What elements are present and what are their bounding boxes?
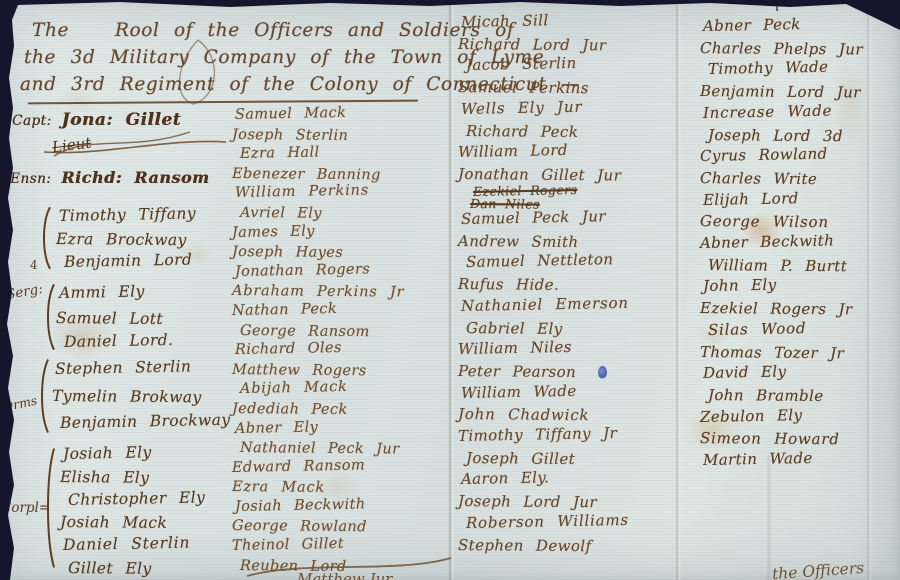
soldier-name: Timothy Tiffany Jr: [458, 423, 629, 448]
soldier-name: Edward Ransom: [232, 455, 405, 478]
soldier-name: Christopher Ely: [68, 486, 206, 511]
soldier-name: Benjamin Lord: [64, 248, 196, 274]
soldier-name: Jonathan Rogers: [235, 260, 405, 283]
soldier-name: Benjamin Brockway: [60, 407, 231, 437]
soldier-name: Josiah Beckwith: [235, 495, 405, 518]
soldier-name: Nathan Peck: [232, 299, 405, 322]
soldier-name: Roberson Williams: [466, 510, 629, 535]
soldier-name: Silas Wood: [708, 317, 863, 342]
paper-sheet: TheRool of the Officers and Soldiers of …: [0, 0, 900, 580]
soldier-name: David Ely: [703, 360, 863, 385]
corporal-group: Josiah ElyElisha ElyChristopher ElyJosia…: [60, 443, 205, 580]
title-word-the: The: [32, 20, 69, 41]
fold-crease: [766, 455, 772, 580]
soldier-name: Elijah Lord: [703, 187, 863, 212]
sergeant-group-2: Ammi ElySamuel LottDaniel Lord.: [56, 281, 173, 355]
soldier-name: Increase Wade: [703, 100, 863, 125]
soldier-name: Abner Beckwith: [700, 230, 863, 255]
drummer-group: Stephen SterlinTymelin BrokwayBenjamin B…: [52, 356, 230, 437]
soldier-name: John Ely: [703, 273, 863, 298]
soldier-name: James Ely: [232, 220, 405, 243]
soldier-name: Abner Peck: [703, 13, 863, 38]
soldier-name: William Lord: [458, 139, 622, 164]
soldier-name: Timothy Tiffany: [59, 202, 196, 228]
ensign-rank-label: Ensn:: [10, 171, 51, 187]
soldier-name: Cyrus Rowland: [700, 143, 863, 168]
soldier-name: Abner Ely: [235, 416, 405, 439]
soldier-name: Samuel Peck Jur: [461, 206, 629, 231]
pen-swash: [245, 556, 455, 578]
corporal-label: Corpl=: [1, 500, 50, 516]
soldier-name: Gillet Ely: [68, 557, 205, 580]
soldier-name: Daniel Lord.: [64, 328, 174, 355]
soldier-name: Ammi Ely: [59, 279, 174, 306]
ensign-name: Richd: Ransom: [61, 168, 209, 187]
name-column-2: Samuel MackJoseph SterlinEzra HallEbenez…: [232, 106, 404, 576]
soldier-name: Zebulon Ely: [700, 404, 863, 429]
manuscript-scan: TheRool of the Officers and Soldiers of …: [0, 0, 900, 580]
fold-crease: [675, 0, 681, 580]
soldier-name: Abijah Mack: [240, 377, 405, 400]
pen-flourish: [168, 38, 228, 108]
soldier-name: Wells Ely Jur: [461, 96, 622, 121]
soldier-name: William Wade: [461, 379, 629, 404]
soldier-name: William Niles: [458, 336, 629, 361]
soldier-name: Martin Wade: [703, 447, 863, 472]
soldier-name: Samuel Mack: [235, 103, 405, 126]
soldier-name: Richard Oles: [235, 338, 405, 361]
marginal-mark: 4: [29, 258, 39, 273]
soldier-name: Theinol Gillet: [232, 534, 405, 557]
soldier-name: Stephen Sterlin: [55, 353, 231, 383]
soldier-name: Jacob Sterlin: [466, 52, 622, 77]
soldier-name: Samuel Nettleton: [466, 249, 629, 274]
soldier-name: Aaron Ely.: [461, 466, 629, 491]
brace-mark: [44, 283, 56, 351]
soldier-name: Josiah Ely: [63, 440, 206, 466]
soldier-name: Stephen Dewolf: [458, 535, 629, 558]
ink-tick-mark: [776, 2, 778, 11]
soldier-name: William Perkins: [235, 181, 405, 204]
brace-mark: [38, 358, 50, 434]
brace-mark: [40, 206, 52, 270]
name-column-3-upper: Micah SillRichard Lord JurJacob SterlinS…: [458, 12, 621, 186]
soldier-name: Timothy Wade: [708, 56, 863, 81]
soldier-name: Ezra Hall: [240, 142, 405, 165]
strike-scribble: [40, 126, 230, 160]
title-line-1: TheRool of the Officers and Soldiers of: [32, 20, 514, 41]
soldier-name: Daniel Sterlin: [63, 531, 206, 557]
name-column-3-lower: Samuel Peck JurAndrew SmithSamuel Nettle…: [458, 209, 629, 556]
name-column-4: Abner PeckCharles Phelps JurTimothy Wade…: [700, 16, 863, 472]
brace-mark: [44, 446, 56, 570]
sergeant-group-1: Timothy TiffanyEzra BrockwayBenjamin Lor…: [56, 205, 196, 274]
ensign-row: Ensn:Richd: Ransom: [10, 168, 209, 187]
soldier-name: Samuel Lott: [56, 306, 174, 332]
soldier-name: Nathaniel Emerson: [461, 293, 629, 318]
soldier-name: Micah Sill: [461, 9, 622, 34]
